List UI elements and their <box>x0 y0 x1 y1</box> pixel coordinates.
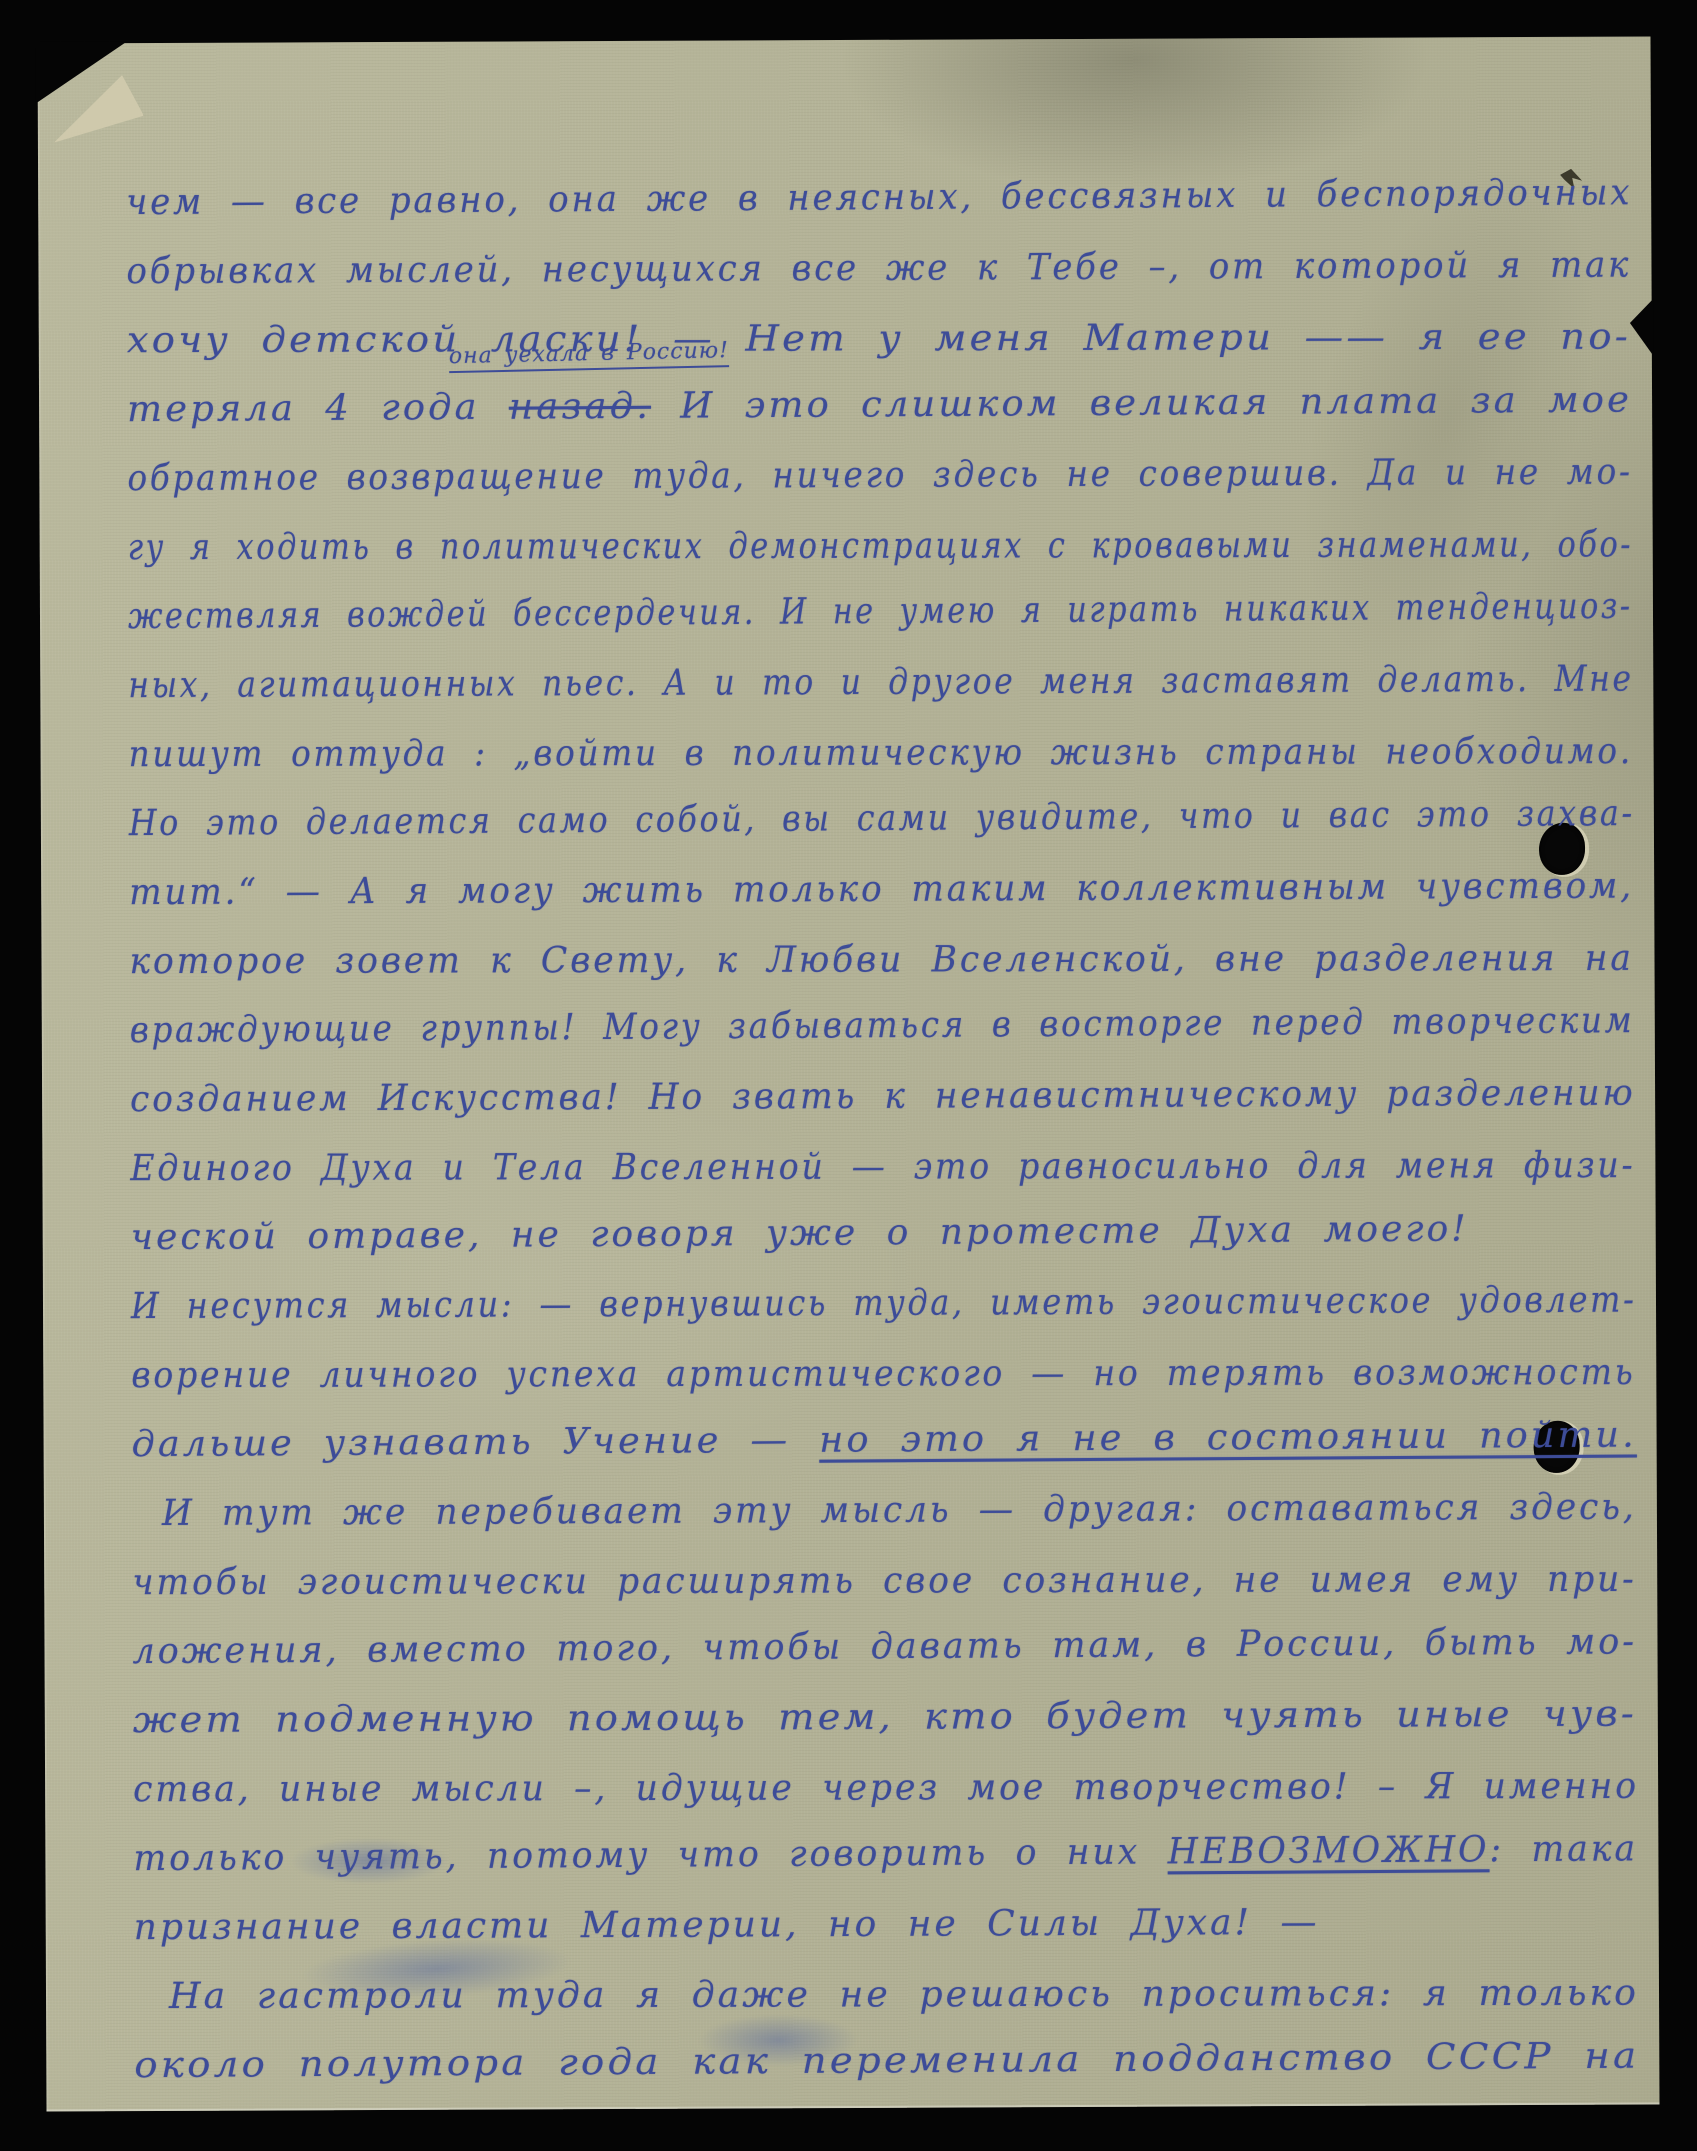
handwritten-line: чем — все равно, она же в неясных, бессв… <box>126 175 1632 221</box>
text-segment: ных, агитационных пьес. А и то и другое … <box>128 659 1633 707</box>
scanned-letter-photo: она уехала в Россию! чем — все равно, он… <box>0 0 1697 2151</box>
handwritten-line: И несутся мысли: — вернувшись туда, имет… <box>131 1283 1637 1326</box>
text-segment: И тут же перебивает эту мысль — другая: … <box>162 1487 1637 1534</box>
handwritten-line: признание власти Материи, но не Силы Дух… <box>134 1905 1320 1946</box>
handwritten-line: чтобы эгоистически расширять свое сознан… <box>132 1562 1637 1601</box>
text-segment: хочу детской ласки! — Нет у меня Матери … <box>127 317 1631 362</box>
handwritten-line: ства, иные мысли –, идущие через мое тво… <box>133 1769 1639 1808</box>
text-segment: признание власти Материи, но не Силы Дух… <box>134 1902 1320 1948</box>
handwritten-line: тит.“ — А я могу жить только таким колле… <box>129 869 1634 912</box>
text-segment: около полутора года как переменила подда… <box>134 2036 1639 2086</box>
handwritten-line: И тут же перебивает эту мысль — другая: … <box>162 1490 1637 1532</box>
handwritten-line: жествляя вождей бессердечия. И не умею я… <box>128 589 1633 635</box>
handwritten-line: дальше узнавать Учение — но это я не в с… <box>131 1417 1636 1463</box>
handwritten-line: враждующие группы! Могу забываться в вос… <box>130 1003 1635 1049</box>
text-segment: И это слишком великая плата за мое <box>651 380 1632 427</box>
handwritten-line: около полутора года как переменила подда… <box>134 2039 1639 2084</box>
text-segment: ческой отраве, не говоря уже о протесте … <box>131 1208 1469 1258</box>
handwritten-line: пишут оттуда : „войти в политическую жиз… <box>129 734 1633 773</box>
text-segment: И несутся мысли: — вернувшись туда, имет… <box>131 1280 1637 1328</box>
text-segment: которое зовет к Свету, к Любви Вселенско… <box>129 938 1633 982</box>
text-segment: обратное возвращение туда, ничего здесь … <box>127 452 1633 500</box>
handwritten-line: жет подменную помощь тем, кто будет чуят… <box>133 1697 1637 1740</box>
handwritten-line: которое зовет к Свету, к Любви Вселенско… <box>129 941 1633 980</box>
text-segment: созданием Искусства! Но звать к ненавист… <box>130 1073 1636 1121</box>
handwritten-line: Единого Духа и Тела Вселенной — это равн… <box>130 1148 1635 1187</box>
handwritten-line: обрывках мыслей, несущихся все же к Тебе… <box>126 248 1631 291</box>
handwritten-line: только чуять, потому что говорить о них … <box>133 1831 1638 1877</box>
handwritten-line: гу я ходить в политических демонстрациях… <box>128 527 1633 566</box>
handwritten-line: ворение личного успеха артистического — … <box>131 1355 1635 1394</box>
text-segment: чтобы эгоистически расширять свое сознан… <box>132 1559 1637 1603</box>
handwritten-line: теряла 4 года назад. И это слишком велик… <box>127 383 1632 429</box>
text-segment: тит.“ — А я могу жить только таким колле… <box>129 866 1634 914</box>
letter-paper: она уехала в Россию! чем — все равно, он… <box>37 36 1659 2111</box>
handwritten-line: ложения, вместо того, чтобы давать там, … <box>132 1624 1637 1670</box>
text-segment: Единого Духа и Тела Вселенной — это равн… <box>130 1145 1635 1189</box>
handwritten-line: ных, агитационных пьес. А и то и другое … <box>128 662 1633 705</box>
text-segment: Но это делается само собой, вы сами увид… <box>129 793 1635 844</box>
text-segment: На гастроли туда я даже не решаюсь проси… <box>169 1973 1639 2017</box>
text-segment: обрывках мыслей, несущихся все же к Тебе… <box>126 245 1631 293</box>
text-segment: пишут оттуда : „войти в политическую жиз… <box>129 731 1633 775</box>
handwritten-line: хочу детской ласки! — Нет у меня Матери … <box>127 320 1631 360</box>
text-segment: враждующие группы! Могу забываться в вос… <box>130 1000 1635 1051</box>
underlined-text: НЕВОЗМОЖНО <box>1167 1829 1489 1872</box>
text-segment: теряла 4 года <box>127 387 509 430</box>
text-segment: ворение личного успеха артистического — … <box>131 1352 1635 1396</box>
handwritten-line: На гастроли туда я даже не решаюсь проси… <box>169 1976 1639 2015</box>
handwritten-line: Но это делается само собой, вы сами увид… <box>129 796 1635 842</box>
text-segment: жествляя вождей бессердечия. И не умею я… <box>128 586 1633 637</box>
handwritten-line: обратное возвращение туда, ничего здесь … <box>127 455 1632 498</box>
text-segment: только чуять, потому что говорить о них <box>133 1831 1167 1879</box>
struck-text: назад. <box>509 386 651 428</box>
text-segment: дальше узнавать Учение — <box>131 1420 819 1465</box>
text-segment: жет подменную помощь тем, кто будет чуят… <box>133 1694 1637 1742</box>
text-segment: гу я ходить в политических демонстрациях… <box>128 524 1633 568</box>
letter-body: она уехала в Россию! чем — все равно, он… <box>126 179 1639 2096</box>
text-segment: ложения, вместо того, чтобы давать там, … <box>132 1621 1637 1672</box>
underlined-text: но это я не в состоянии пойти. <box>819 1414 1637 1460</box>
text-segment: : така <box>1489 1828 1638 1870</box>
handwritten-line: ческой отраве, не говоря уже о протесте … <box>131 1211 1469 1256</box>
handwritten-line: созданием Искусства! Но звать к ненавист… <box>130 1076 1636 1119</box>
text-segment: чем — все равно, она же в неясных, бессв… <box>126 172 1632 223</box>
text-segment: ства, иные мысли –, идущие через мое тво… <box>133 1766 1639 1810</box>
